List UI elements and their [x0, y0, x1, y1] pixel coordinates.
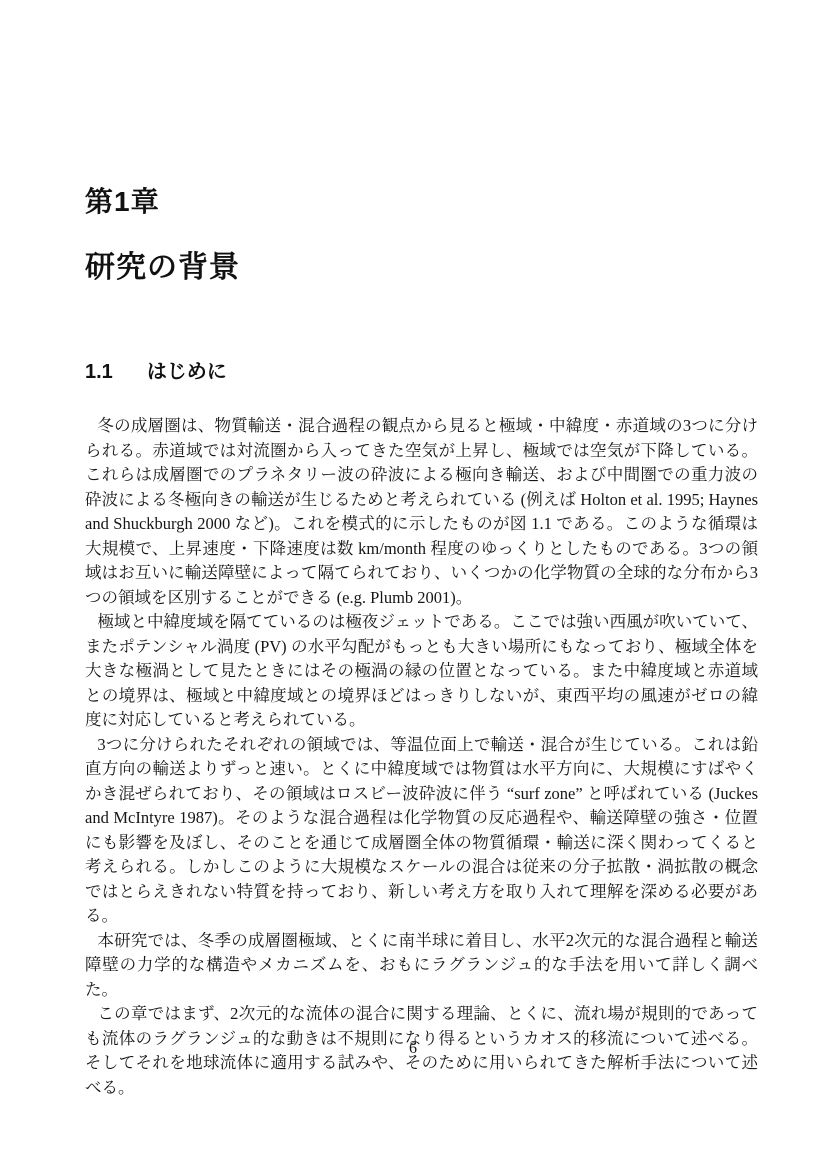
section-title: はじめに [147, 361, 227, 383]
paragraph: 極域と中緯度域を隔てているのは極夜ジェットである。ここでは強い西風が吹いていて、… [85, 610, 758, 733]
paragraph: 本研究では、冬季の成層圏極域、とくに南半球に着目し、水平2次元的な混合過程と輸送… [85, 929, 758, 1003]
body-text: 冬の成層圏は、物質輸送・混合過程の観点から見ると極域・中緯度・赤道域の3つに分け… [85, 414, 758, 1100]
document-page: 第1章 研究の背景 1.1はじめに 冬の成層圏は、物質輸送・混合過程の観点から見… [0, 0, 826, 1169]
chapter-title-heading: 研究の背景 [85, 251, 758, 285]
section-number: 1.1 [85, 361, 113, 383]
page-content: 第1章 研究の背景 1.1はじめに 冬の成層圏は、物質輸送・混合過程の観点から見… [85, 0, 758, 1100]
section-heading: 1.1はじめに [85, 359, 758, 385]
page-number-footer: 6 [0, 1040, 826, 1058]
paragraph: 冬の成層圏は、物質輸送・混合過程の観点から見ると極域・中緯度・赤道域の3つに分け… [85, 414, 758, 610]
chapter-number-heading: 第1章 [85, 186, 758, 218]
paragraph: 3つに分けられたそれぞれの領域では、等温位面上で輸送・混合が生じている。これは鉛… [85, 733, 758, 929]
